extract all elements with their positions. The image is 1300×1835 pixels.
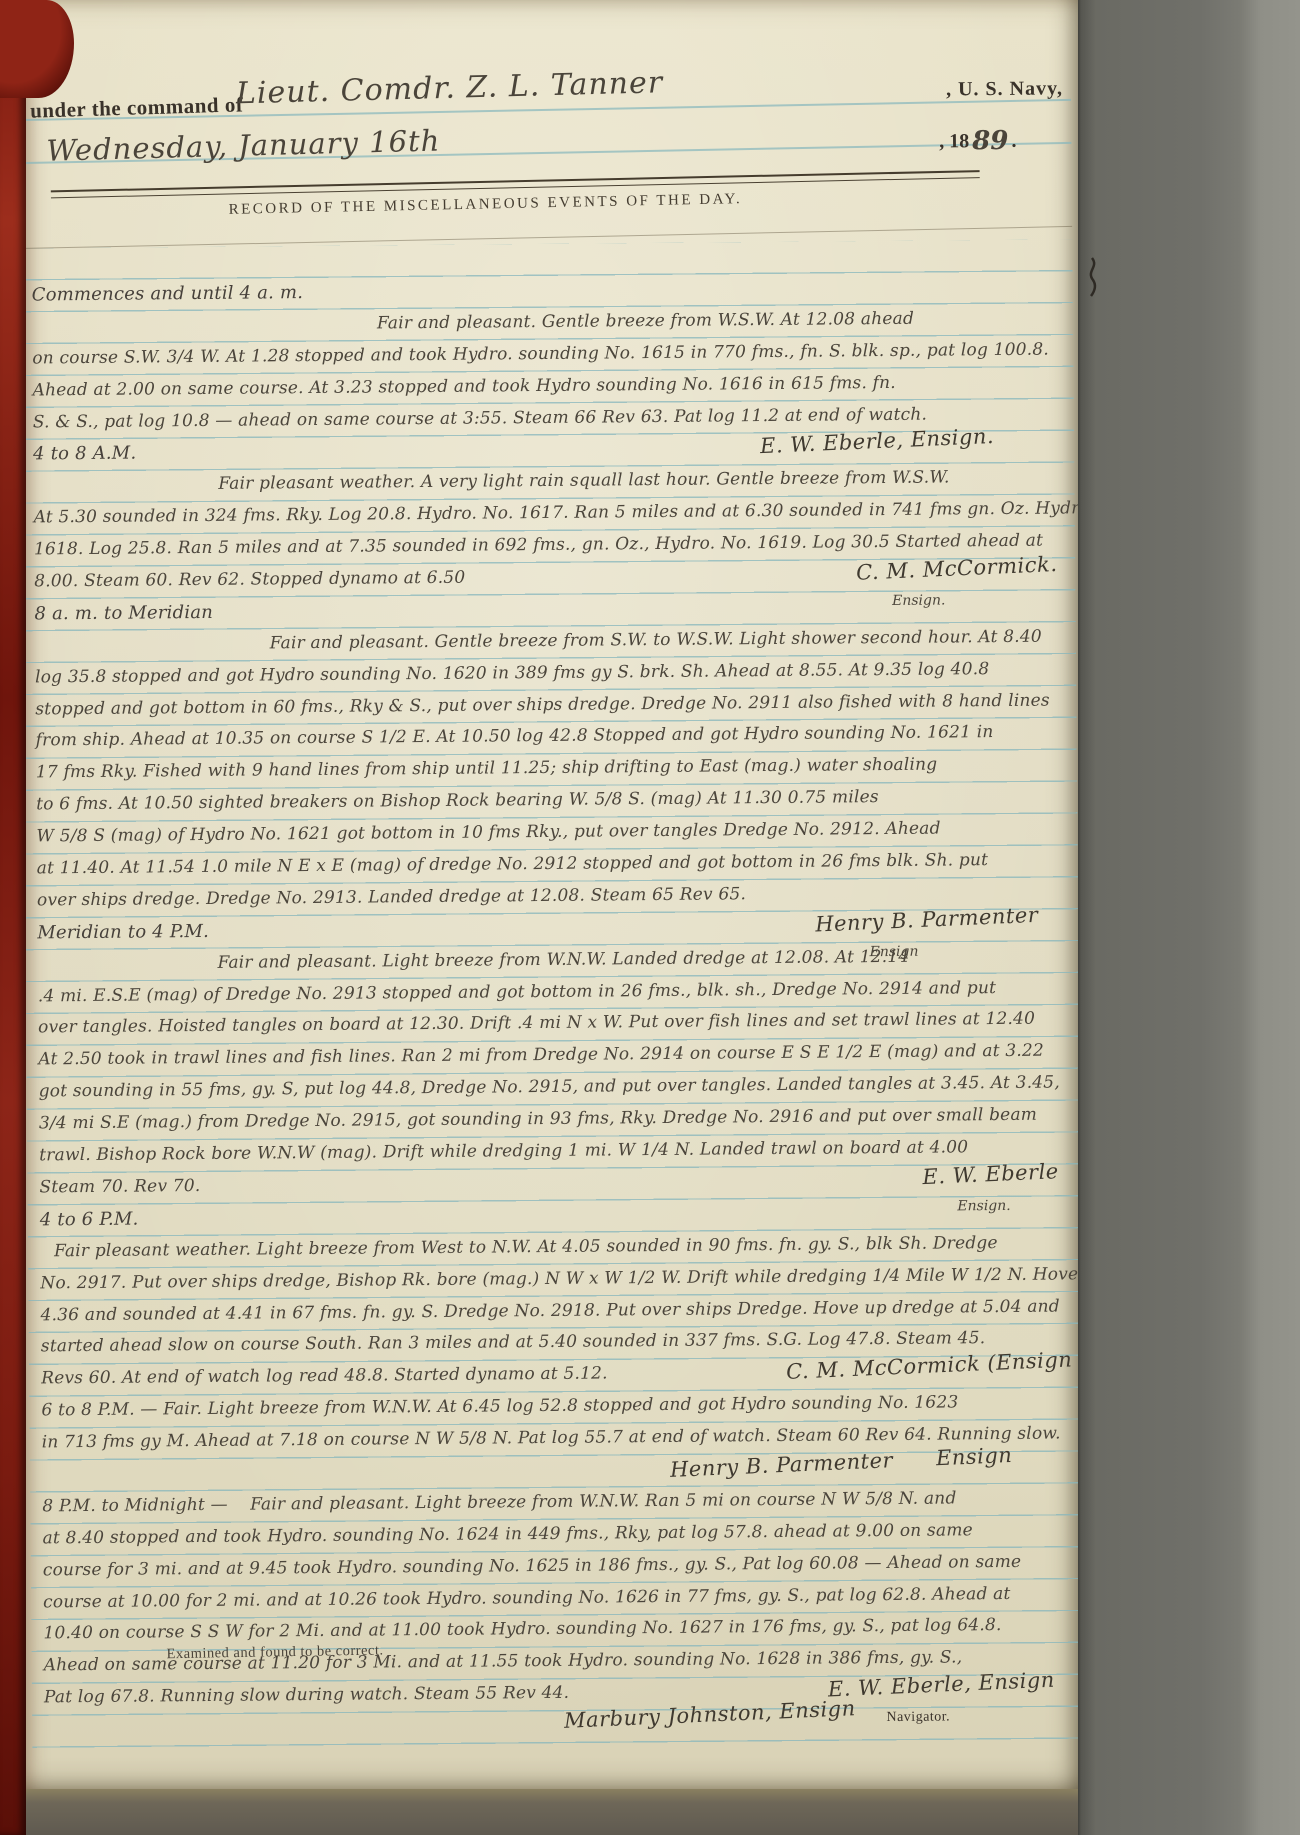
watch-heading: Meridian to 4 P.M. (37, 916, 209, 949)
logbook-scan: under the command of Lieut. Comdr. Z. L.… (0, 0, 1300, 1835)
log-line-text: Revs 60. At end of watch log read 48.8. … (41, 1359, 608, 1396)
printed-navigator-label: Navigator. (886, 1702, 950, 1734)
binding-strip (0, 0, 26, 1835)
printed-command-prefix: under the command of (30, 92, 244, 123)
watch-heading: 4 to 8 A.M. (33, 438, 136, 471)
signature: Ensign. (892, 585, 946, 617)
commander-name-handwritten: Lieut. Comdr. Z. L. Tanner (236, 65, 664, 111)
log-line-text: Steam 70. Rev 70. (39, 1171, 200, 1204)
year-row: , 18 89 . (939, 124, 1016, 155)
printed-us-navy: , U. S. Navy, (946, 77, 1063, 101)
watch-heading: 8 a. m. to Meridian (34, 597, 213, 630)
log-lines: Commences and until 4 a. m.Fair and plea… (32, 270, 1076, 1746)
date-handwritten: Wednesday, January 16th (46, 123, 441, 167)
log-line-text: 8.00. Steam 60. Rev 62. Stopped dynamo a… (34, 563, 465, 599)
printed-year-prefix: , 18 (939, 130, 969, 153)
signature: E. W. Eberle (921, 1156, 1059, 1194)
page-content: under the command of Lieut. Comdr. Z. L.… (17, 0, 1086, 1789)
page-backing (1078, 0, 1300, 1835)
logbook-page: under the command of Lieut. Comdr. Z. L.… (25, 0, 1078, 1789)
year-handwritten: 89 (972, 126, 1008, 156)
book-bottom-edge (0, 1789, 1078, 1835)
signature: Ensign (869, 936, 918, 968)
watch-heading: 4 to 6 P.M. (40, 1203, 139, 1236)
printed-year-suffix: . (1011, 130, 1016, 153)
watch-heading: Commences and until 4 a. m. (32, 277, 304, 311)
signature: Ensign. (957, 1191, 1011, 1223)
stray-ink-mark (1082, 256, 1104, 300)
